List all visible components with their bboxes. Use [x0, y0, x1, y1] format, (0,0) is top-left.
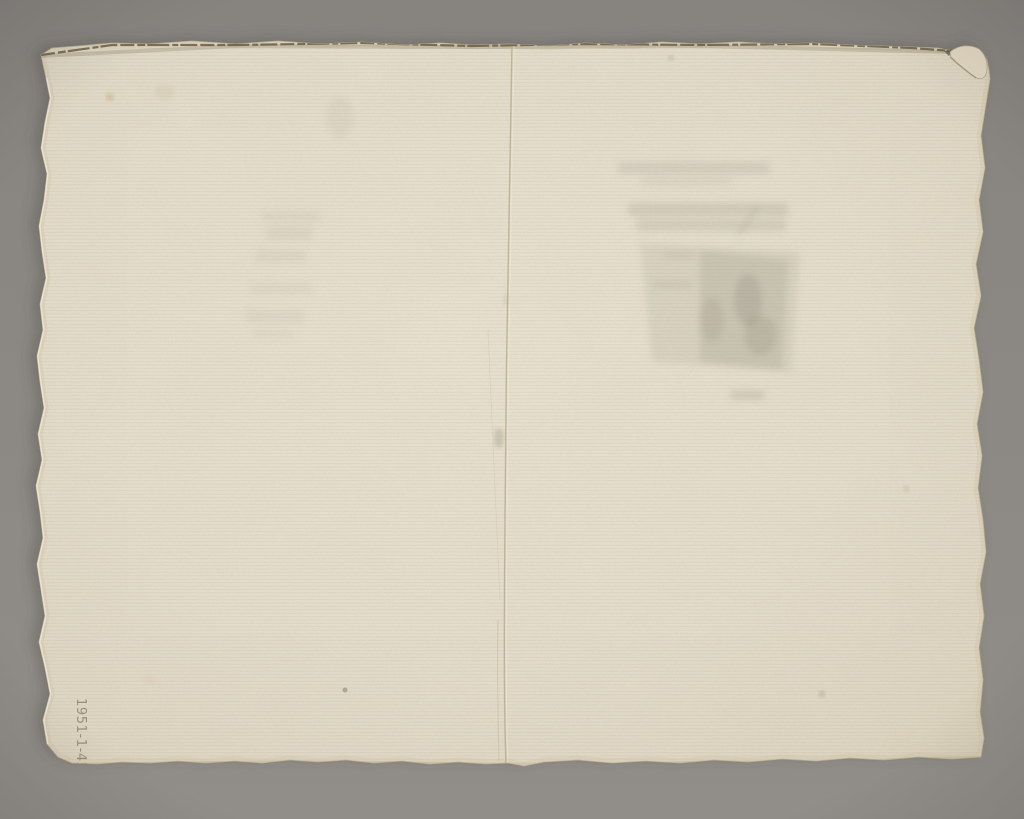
vignette	[0, 0, 1024, 819]
photo-of-paper-verso: 1951-1-452	[0, 0, 1024, 819]
photograph-canvas: 1951-1-452	[0, 0, 1024, 819]
